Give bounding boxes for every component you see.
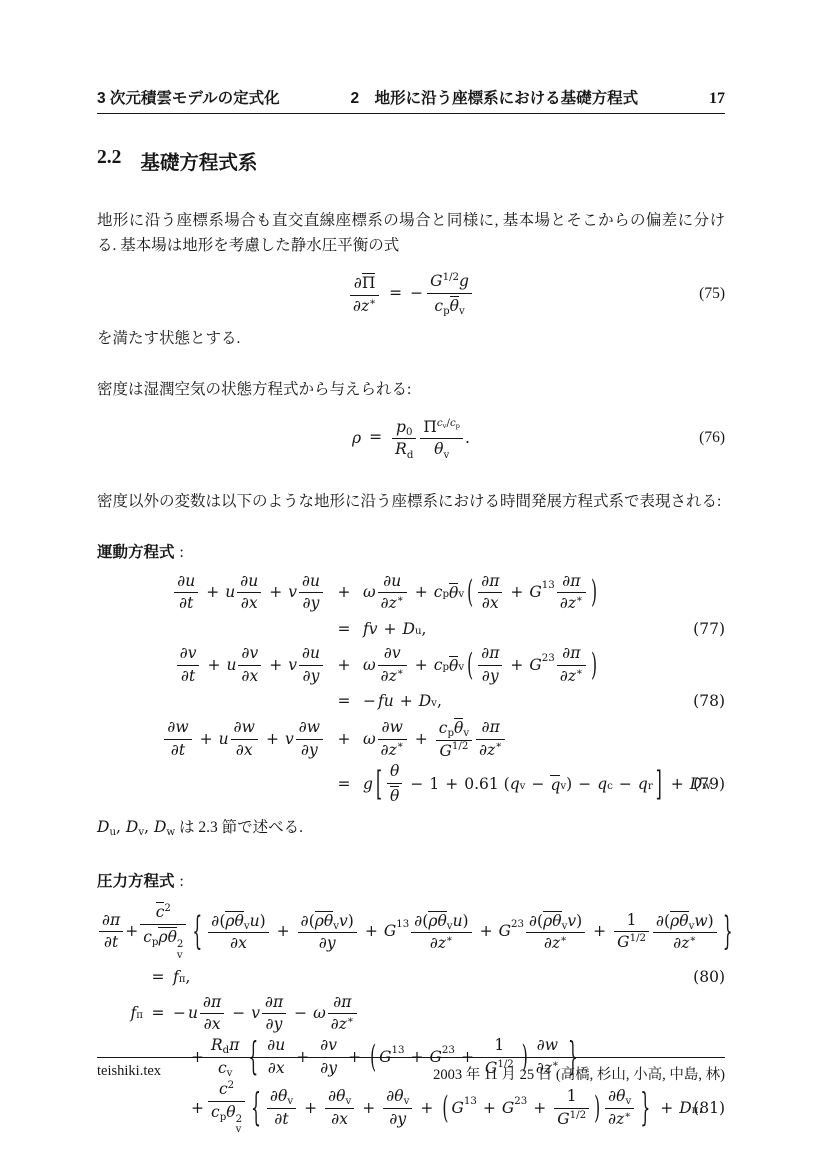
- eq78-result: −fu+Dv,: [363, 692, 442, 710]
- header-page-number: 17: [709, 90, 725, 108]
- equation-81-line-3: +c2cpθ2v{∂θv∂t+∂θv∂x+∂θv∂y+(G13+G23+1G1/…: [97, 1080, 725, 1136]
- equation-78-line-1: ∂v∂t+u∂v∂x+v∂u∂y + ω∂v∂z∗+cpθv(∂π∂y+G23∂…: [97, 644, 725, 686]
- paragraph-intro: 地形に沿う座標系場合も直交直線座標系の場合と同様に, 基本場とそこからの偏差に分…: [97, 208, 725, 258]
- equation-block-motion: ∂u∂t+u∂u∂x+v∂u∂y + ω∂u∂z∗+cpθv(∂π∂x+G13∂…: [97, 572, 725, 807]
- section-number: 2.2: [97, 147, 121, 175]
- eq81-rhs-1: −u∂π∂x−v∂π∂y−ω∂π∂z∗: [173, 993, 359, 1035]
- eq77-align-op: +: [325, 583, 363, 601]
- equation-80-line-2: = fπ, (80): [97, 964, 725, 991]
- eq78-lhs: ∂v∂t+u∂v∂x+v∂u∂y: [97, 644, 325, 686]
- page-footer: teishiki.tex 2003 年 11 月 25 日 (高橋, 杉山, 小…: [97, 1052, 725, 1084]
- eq80-rhs: c2cpρθ2v{∂(ρθvu)∂x+∂(ρθvv)∂y+G13∂(ρθvu)∂…: [138, 901, 736, 961]
- equation-75: ∂Π∂z∗=−G1/2gcpθv (75): [97, 270, 725, 318]
- header-rule: [97, 113, 725, 114]
- section-heading: 2.2 基礎方程式系: [97, 147, 725, 175]
- equation-77-line-1: ∂u∂t+u∂u∂x+v∂u∂y + ω∂u∂z∗+cpθv(∂π∂x+G13∂…: [97, 572, 725, 614]
- eq81-lhs: fπ: [97, 1004, 143, 1022]
- eq80-lhs: ∂π∂t: [97, 911, 125, 953]
- equation-79-number: (79): [693, 775, 725, 793]
- eq79-align-op: +: [325, 730, 363, 748]
- page-content: 3 次元積雲モデルの定式化 2 地形に沿う座標系における基礎方程式 17 2.2…: [97, 86, 725, 1138]
- paragraph-variables: 密度以外の変数は以下のような地形に沿う座標系における時間発展方程式系で表現される…: [97, 489, 725, 514]
- paragraph-after-75: を満たす状態とする.: [97, 326, 725, 351]
- eq81-equals: =: [143, 1004, 173, 1022]
- subheading-motion: 運動方程式:: [97, 540, 725, 562]
- eq77-equals: =: [325, 620, 363, 638]
- equation-75-body: ∂Π∂z∗=−G1/2gcpθv: [348, 272, 474, 316]
- eq78-equals: =: [325, 692, 363, 710]
- equation-78-line-2: = −fu+Dv, (78): [97, 688, 725, 715]
- eq80-equals: =: [143, 968, 173, 986]
- eq79-rhs: ω∂w∂z∗+cpθvG1/2∂π∂z∗: [363, 717, 507, 761]
- diffusion-terms-math: Du, Dv, Dw: [97, 818, 175, 836]
- subheading-pressure: 圧力方程式:: [97, 869, 725, 891]
- footer-rule: [97, 1057, 725, 1058]
- eq77-result: fv+Du,: [363, 620, 426, 638]
- equation-79-line-1: ∂w∂t+u∂w∂x+v∂w∂y + ω∂w∂z∗+cpθvG1/2∂π∂z∗: [97, 717, 725, 761]
- subheading-motion-colon: :: [180, 544, 184, 561]
- equation-80-line-1: ∂π∂t + c2cpρθ2v{∂(ρθvu)∂x+∂(ρθvv)∂y+G13∂…: [97, 901, 725, 961]
- page-header: 3 次元積雲モデルの定式化 2 地形に沿う座標系における基礎方程式 17: [97, 86, 725, 114]
- eq78-rhs: ω∂v∂z∗+cpθv(∂π∂y+G23∂π∂z∗): [363, 644, 600, 686]
- footer-filename: teishiki.tex: [97, 1063, 161, 1084]
- equation-79-line-2: = g[θθ−1+0.61 (qv−qv)−qc−qr]+Dw (79): [97, 762, 725, 806]
- subheading-pressure-label: 圧力方程式: [97, 873, 175, 890]
- eq80-result: fπ,: [173, 968, 190, 986]
- diffusion-terms-text: は 2.3 節で述べる.: [175, 819, 303, 836]
- equation-81-number: (81): [693, 1099, 725, 1117]
- equation-77-line-2: = fv+Du, (77): [97, 615, 725, 642]
- eq77-rhs: ω∂u∂z∗+cpθv(∂π∂x+G13∂π∂z∗): [363, 572, 600, 614]
- subheading-motion-label: 運動方程式: [97, 544, 175, 561]
- equation-78-number: (78): [693, 692, 725, 710]
- eq81-rhs-3: +c2cpθ2v{∂θv∂t+∂θv∂x+∂θv∂y+(G13+G23+1G1/…: [191, 1080, 703, 1136]
- eq79-lhs: ∂w∂t+u∂w∂x+v∂w∂y: [97, 718, 325, 760]
- equation-76-number: (76): [699, 429, 725, 447]
- equation-81-line-1: fπ = −u∂π∂x−v∂π∂y−ω∂π∂z∗: [97, 993, 725, 1035]
- subheading-pressure-colon: :: [180, 873, 184, 890]
- eq77-lhs: ∂u∂t+u∂u∂x+v∂u∂y: [97, 572, 325, 614]
- equation-77-number: (77): [693, 620, 725, 638]
- header-section-title: 2 地形に沿う座標系における基礎方程式: [351, 86, 639, 108]
- eq79-result: g[θθ−1+0.61 (qv−qv)−qc−qr]+Dw: [363, 762, 711, 806]
- eq78-align-op: +: [325, 656, 363, 674]
- paragraph-density: 密度は湿潤空気の状態方程式から与えられる:: [97, 377, 725, 402]
- equation-76-body: ρ=p0RdΠcv/cpθv.: [352, 418, 470, 460]
- equation-block-pressure: ∂π∂t + c2cpρθ2v{∂(ρθvu)∂x+∂(ρθvv)∂y+G13∂…: [97, 901, 725, 1136]
- paragraph-diffusion-note: Du, Dv, Dw は 2.3 節で述べる.: [97, 815, 725, 840]
- header-doc-title: 3 次元積雲モデルの定式化: [97, 86, 280, 108]
- equation-76: ρ=p0RdΠcv/cpθv. (76): [97, 414, 725, 462]
- equation-80-number: (80): [693, 968, 725, 986]
- document-page: 3 次元積雲モデルの定式化 2 地形に沿う座標系における基礎方程式 17 2.2…: [0, 0, 826, 1169]
- eq79-equals: =: [325, 775, 363, 793]
- section-title: 基礎方程式系: [140, 147, 257, 175]
- eq80-align-op: +: [125, 922, 138, 940]
- equation-75-number: (75): [699, 285, 725, 303]
- footer-date-authors: 2003 年 11 月 25 日 (高橋, 杉山, 小高, 中島, 林): [433, 1063, 725, 1084]
